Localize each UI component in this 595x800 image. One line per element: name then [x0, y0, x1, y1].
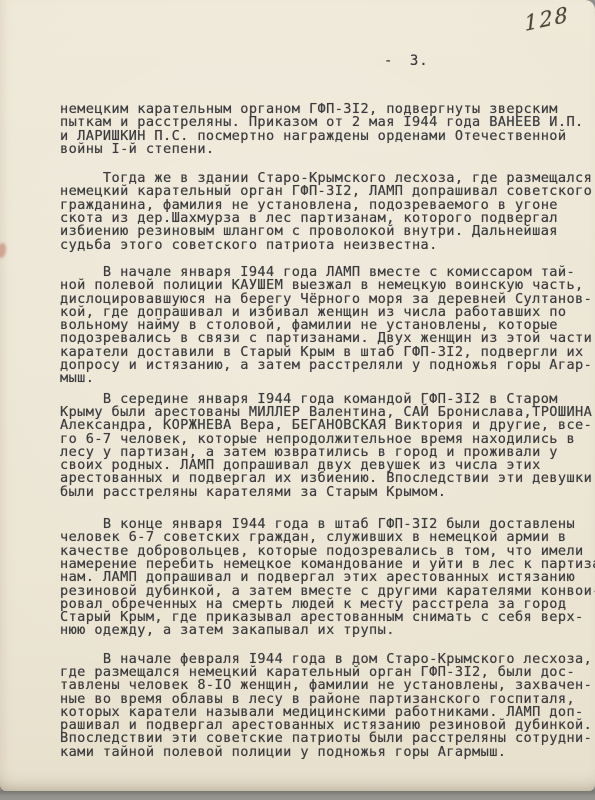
paragraph: В начале января I944 года ЛАМП вместе с …	[60, 266, 595, 386]
paragraph: В середине января I944 года командой ГФП…	[60, 393, 595, 499]
paragraph: немецким карательным органом ГФП-3I2, по…	[60, 103, 595, 156]
paragraph: В начале февраля I944 года в дом Старо-К…	[60, 653, 595, 759]
handwritten-folio-number: 128	[524, 2, 571, 36]
document-body: немецким карательным органом ГФП-3I2, по…	[60, 103, 595, 759]
red-ink-smudge	[0, 242, 7, 258]
document-page: 128 - 3. немецким карательным органом ГФ…	[0, 0, 595, 791]
scan-background: { "page": { "handwritten_folio": "128", …	[0, 0, 595, 800]
paragraph: В конце января I944 года в штаб ГФП-3I2 …	[60, 518, 595, 638]
scan-bottom-edge	[0, 791, 595, 800]
paragraph: Тогда же в здании Старо-Крымского лесхоз…	[60, 172, 595, 252]
page-number: - 3.	[384, 53, 429, 69]
